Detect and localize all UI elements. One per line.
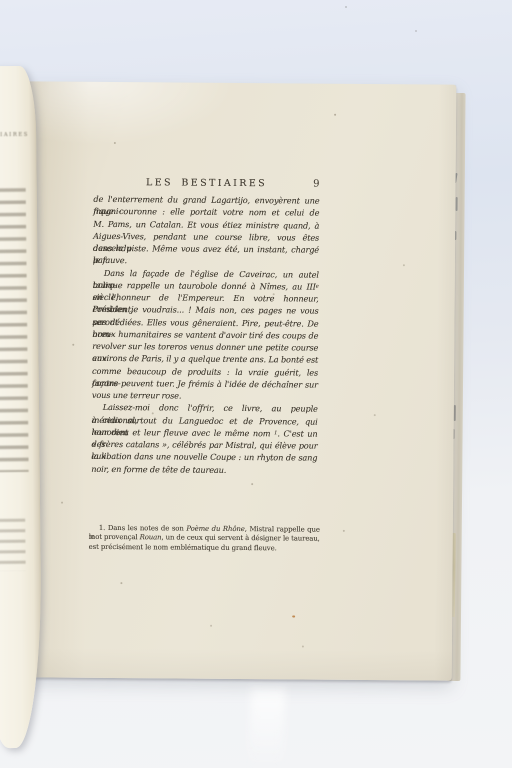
body-text-line: noir, en forme de tête de taureau. [91,462,317,476]
text-segment: mot provençal [89,533,140,541]
page-number: 9 [313,179,319,190]
body-text-line: Laissez-moi donc l'offrir, ce livre, au … [92,401,318,415]
body-text-line: fique couronne : elle portait votre nom … [93,205,319,219]
right-page-body: de l'enterrement du grand Lagartijo, env… [91,193,319,477]
right-page: LES BESTIAIRES 9 de l'enterrement du gra… [20,81,457,680]
body-text-line: la libation dans une nouvelle Coupe : un… [91,450,317,464]
body-text-line: le fauve. [93,254,319,268]
superscript-mark: e [316,283,319,289]
deckle-mark [454,405,456,421]
left-page-strip: TIAIRES [0,66,43,748]
left-page-blurred-footnote [0,515,26,571]
body-text-line: environs de Paris, il y a quelque trente… [92,352,318,366]
running-header: LES BESTIAIRES 9 [94,177,320,191]
text-segment: , un de ceux qui servent à désigner le t… [161,534,319,543]
text-segment: bolique rappelle un taurobole donné à Nî… [93,280,316,292]
surface-reflection [249,685,286,766]
right-page-footnote: 1. Dans les notes de son Poème du Rhône,… [89,524,320,554]
italic-title-text: Rouan [140,534,162,542]
left-page-header-fragment: TIAIRES [0,132,31,138]
paper-stain [292,615,295,617]
text-segment: 1. Dans les notes de son [99,524,187,533]
text-segment: est précisément le nom emblématique du g… [89,543,277,552]
text-segment: leur dieu et leur fleuve avec le même no… [92,427,275,438]
footnote-line: est précisément le nom emblématique du g… [89,543,320,554]
book-photo: { "colors": { "background_top": "#dde4f0… [0,0,512,768]
left-page-blurred-text [0,184,29,472]
deckle-mark [456,197,458,211]
background-dust-specks [345,6,347,8]
italic-title-text: Poème du Rhône [186,525,244,533]
book-title-header: LES BESTIAIRES [94,177,320,190]
body-text-line: combien je voudrais... ! Mais non, ces p… [93,303,319,317]
